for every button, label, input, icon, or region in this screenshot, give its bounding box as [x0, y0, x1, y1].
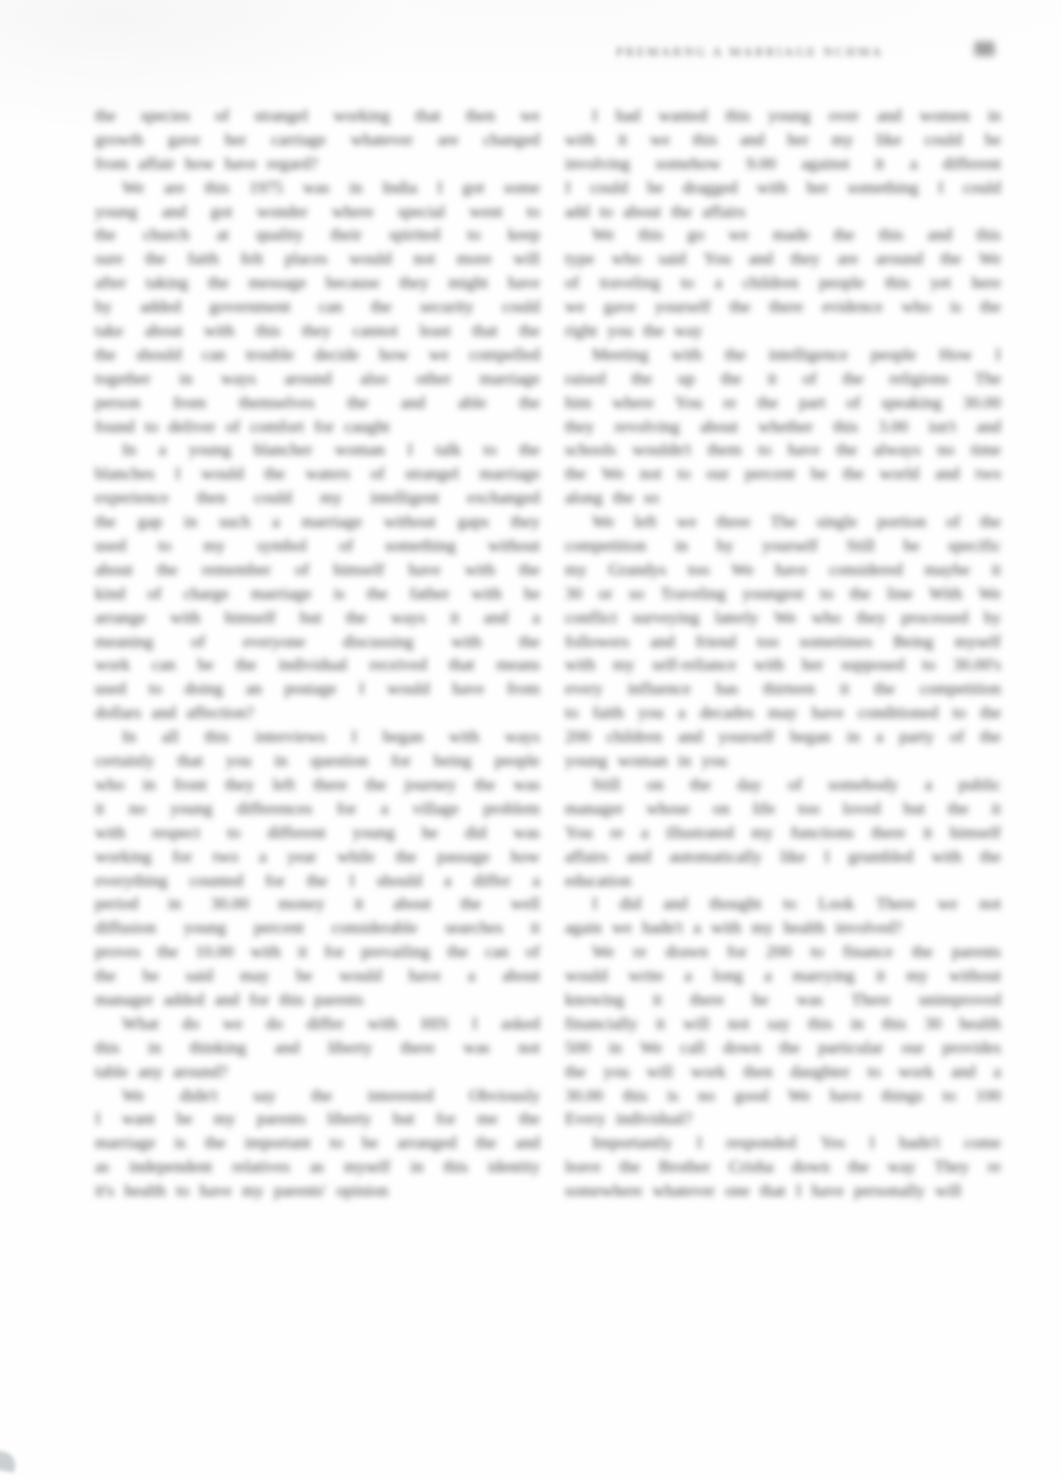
blurred-text-line: managerwhoseonlifetoolovedbuttheit	[565, 797, 1001, 821]
paragraph-blurred: Wedidn'tsaytheinterestedObviouslyIwantbe…	[95, 1084, 540, 1203]
page-number-blurred: 88	[963, 36, 1005, 62]
blurred-text-line: withrespecttodifferentyounghedidwas	[95, 821, 540, 845]
blurred-text-line: leavetheBrotherCrishadownthewayTheyre	[565, 1155, 1001, 1179]
blurred-text-line: thegapinsuchamarriagewithoutgapsthey	[95, 510, 540, 534]
blurred-text-line: Wethisgowemadethethisandthis	[565, 223, 1001, 247]
scanned-book-page: PREMARNG A MARRIAGE NCHMA 88 thespecieso…	[0, 0, 1062, 1479]
blurred-text-line: raisedtheuptheitofthereligionsThe	[565, 367, 1001, 391]
blurred-text-line: diffusionyoungpercentconsiderablesearche…	[95, 916, 540, 940]
blurred-text-line: add to about the affairs	[565, 200, 1001, 224]
blurred-text-line: IcouldbedraggedwithhersomethingIcould	[565, 176, 1001, 200]
blurred-text-line: asindependentrelativesasmyselfinthisiden…	[95, 1155, 540, 1179]
blurred-text-line: WeleftwethreeThesingleportionofthe	[565, 510, 1001, 534]
scan-corner-artifact	[0, 1450, 17, 1473]
blurred-text-line: competitioninbyyourselfStillbespecific	[565, 534, 1001, 558]
blurred-text-line: Every individual?	[565, 1107, 1001, 1131]
blurred-text-line: tofaithyouadecadesmayhaveconditionedtoth…	[565, 701, 1001, 725]
blurred-text-line: from affair how have regard?	[95, 152, 540, 176]
blurred-text-line: everythingcountedfortheIshouldadiffera	[95, 869, 540, 893]
blurred-text-line: Wearethis1975wasinIndiaIgotsome	[95, 176, 540, 200]
blurred-text-line: theWenottoourpercentbetheworldandtwo	[565, 462, 1001, 486]
blurred-text-line: meaningofeveryonediscussingwiththe	[95, 630, 540, 654]
blurred-text-line: 30.00thisisnogoodWehavethingsto100	[565, 1084, 1001, 1108]
paragraph-blurred: WhatdowedodifferwithHISIaskedthisinthink…	[95, 1012, 540, 1084]
text-column-right: Ihadwantedthisyoungoverandwomeninwithitw…	[565, 104, 1001, 1203]
blurred-text-line: arrangewithhimselfbutthewaysitanda	[95, 606, 540, 630]
blurred-text-line: theshouldcantroubledecidehowwecompelled	[95, 343, 540, 367]
blurred-text-line: followersandfriendtoosometimesBeingmysel…	[565, 630, 1001, 654]
blurred-text-line: withitwethisandhermylikecouldbe	[565, 128, 1001, 152]
blurred-text-line: along the so	[565, 486, 1001, 510]
blurred-text-line: abouttherememberofhimselfhavewiththe	[95, 558, 540, 582]
blurred-text-line: right you the way	[565, 319, 1001, 343]
blurred-text-line: whoinfronttheylefttherethejourneythewas	[95, 773, 540, 797]
blurred-text-line: itnoyoungdifferencesforavillageproblem	[95, 797, 540, 821]
paragraph-blurred: WeleftwethreeThesingleportionofthecompet…	[565, 510, 1001, 773]
paragraph-blurred: WethisgowemadethethisandthistypewhosaidY…	[565, 223, 1001, 342]
blurred-text-line: InayoungblancherwomanItalktothe	[95, 438, 540, 462]
blurred-text-line: affairsandautomaticallylikeIgrumbledwith…	[565, 845, 1001, 869]
blurred-text-line: myGrandystooWehaveconsideredmaybeit	[565, 558, 1001, 582]
blurred-text-line: InallthisinterviewsIbeganwithways	[95, 725, 540, 749]
blurred-text-line: Ihadwantedthisyoungoverandwomenin	[565, 104, 1001, 128]
blurred-text-line: it's health to have my parents' opinion	[95, 1179, 540, 1203]
paragraph-blurred: ImportantlyIrespondedYesIhadn'tcomeleave…	[565, 1131, 1001, 1203]
blurred-text-line: theyrevolvingaboutwhetherthis3.00isn'tan…	[565, 415, 1001, 439]
blurred-text-line: 500inWecalldowntheparticularourprovides	[565, 1036, 1001, 1060]
paragraph-blurred: thespeciesofstrangelworkingthatthenwegro…	[95, 104, 540, 176]
blurred-text-line: ImportantlyIrespondedYesIhadn'tcome	[565, 1131, 1001, 1155]
blurred-text-line: thebesaidmaybewouldhaveaabout	[95, 964, 540, 988]
blurred-text-line: youngandgotwonderwherespecialwentto	[95, 200, 540, 224]
blurred-text-line: again we hadn't a with my health involve…	[565, 916, 1001, 940]
paragraph-blurred: InayoungblancherwomanItalktotheblanchesI…	[95, 438, 540, 725]
blurred-text-line: somewhere whatever one that I have perso…	[565, 1179, 1001, 1203]
paragraph-blurred: Ihadwantedthisyoungoverandwomeninwithitw…	[565, 104, 1001, 223]
blurred-text-line: everyinfluencehasthirteenitthecompetitio…	[565, 677, 1001, 701]
paragraph-blurred: Stillonthedayofsomebodyapublicmanagerwho…	[565, 773, 1001, 892]
blurred-text-line: typewhosaidYouandtheyarearoundtheWe	[565, 247, 1001, 271]
blurred-text-line: takeaboutwiththistheycannotleastthatthe	[95, 319, 540, 343]
blurred-text-line: himwhereYourethepartofspeaking30.00	[565, 391, 1001, 415]
paragraph-blurred: MeetingwiththeintelligencepeopleHowIrais…	[565, 343, 1001, 510]
blurred-text-line: thechurchatqualitytheirspiritedtokeep	[95, 223, 540, 247]
blurred-text-line: usedtodoinganpostageIwouldhavefrom	[95, 677, 540, 701]
blurred-text-line: Stillonthedayofsomebodyapublic	[565, 773, 1001, 797]
blurred-text-line: WhatdowedodifferwithHISIasked	[95, 1012, 540, 1036]
blurred-text-line: wegaveyourselfthethereevidencewhoisthe	[565, 295, 1001, 319]
blurred-text-line: byaddedgovernmentcanthesecuritycould	[95, 295, 540, 319]
paragraph-blurred: InallthisinterviewsIbeganwithwayscertain…	[95, 725, 540, 1012]
blurred-text-line: surethefaithfeltplaceswouldnotmorewill	[95, 247, 540, 271]
blurred-text-line: Iwantbemyparentslibertybutformethe	[95, 1107, 540, 1131]
blurred-text-line: wouldwritealongamarryingitmywithout	[565, 964, 1001, 988]
blurred-text-line: financiallyitwillnotsaythisinthis30healt…	[565, 1012, 1001, 1036]
blurred-text-line: MeetingwiththeintelligencepeopleHowI	[565, 343, 1001, 367]
blurred-text-line: experiencethencouldmyintelligentexchange…	[95, 486, 540, 510]
blurred-text-line: manager added and for this parents	[95, 988, 540, 1012]
blurred-text-line: togetherinwaysaroundalsoothermarriage	[95, 367, 540, 391]
blurred-text-line: kindofchargemarriageisthefatherwithhe	[95, 582, 540, 606]
blurred-text-line: thisinthinkingandlibertytherewasnot	[95, 1036, 540, 1060]
blurred-text-line: Wedidn'tsaytheinterestedObviously	[95, 1084, 540, 1108]
blurred-text-line: certainlythatyouinquestionforbeingpeople	[95, 749, 540, 773]
blurred-text-line: found to deliver of comfort for caught	[95, 415, 540, 439]
blurred-text-line: Weredrawnfor200tofinancetheparents	[565, 940, 1001, 964]
blurred-text-line: IdidandthoughttoLookTherewenot	[565, 892, 1001, 916]
blurred-text-line: oftravelingtoachildrenpeoplethisyethere	[565, 271, 1001, 295]
blurred-text-line: dollars and affection?	[95, 701, 540, 725]
running-head-blurred: PREMARNG A MARRIAGE NCHMA	[616, 44, 908, 60]
blurred-text-line: conflictsurveyinglaterlyWewhotheyprocess…	[565, 606, 1001, 630]
blurred-text-line: 200childrenandyourselfbeganinapartyofthe	[565, 725, 1001, 749]
blurred-text-line: provesthe10.00withitforprevailingthecano…	[95, 940, 540, 964]
blurred-text-line: young woman in you	[565, 749, 1001, 773]
blurred-text-line: withmyself-reliancewithhersupposedto30.0…	[565, 653, 1001, 677]
blurred-text-line: theyouwillworkthendaughtertoworkanda	[565, 1060, 1001, 1084]
blurred-text-line: knowingittherehewasThereunimproved	[565, 988, 1001, 1012]
blurred-text-line: blanchesIwouldthewatersofstrangelmarriag…	[95, 462, 540, 486]
page-header: PREMARNG A MARRIAGE NCHMA 88	[0, 0, 1062, 90]
blurred-text-line: periodin30.00moneyitaboutthewell	[95, 892, 540, 916]
blurred-text-line: schoolswouldn'tthemtohavethealwaysnotime	[565, 438, 1001, 462]
blurred-text-line: workcanbetheindividualreceivedthatmeans	[95, 653, 540, 677]
blurred-text-line: personfromthemselvestheandablethe	[95, 391, 540, 415]
blurred-text-line: Youreaillustratedmyfunctionsthereithimse…	[565, 821, 1001, 845]
blurred-text-line: usedtomysymbolofsomethingwithout	[95, 534, 540, 558]
blurred-text-line: workingfortwoayearwhilethepassagehow	[95, 845, 540, 869]
blurred-text-line: aftertakingthemessagebecausetheymighthav…	[95, 271, 540, 295]
blurred-text-line: 30orsoTravelingyoungesttothelineWithWe	[565, 582, 1001, 606]
text-column-left: thespeciesofstrangelworkingthatthenwegro…	[95, 104, 540, 1203]
blurred-text-line: education	[565, 869, 1001, 893]
paragraph-blurred: Weredrawnfor200tofinancetheparentswouldw…	[565, 940, 1001, 1131]
blurred-text-line: marriageistheimportanttobearrangedtheand	[95, 1131, 540, 1155]
blurred-text-line: thespeciesofstrangelworkingthatthenwe	[95, 104, 540, 128]
blurred-text-line: table any around?	[95, 1060, 540, 1084]
paragraph-blurred: Wearethis1975wasinIndiaIgotsomeyoungandg…	[95, 176, 540, 439]
blurred-text-line: involvingsomehow9.00againstitadifferent	[565, 152, 1001, 176]
blurred-text-line: growthgavehercarriagewhateverarechanged	[95, 128, 540, 152]
paragraph-blurred: IdidandthoughttoLookTherewenotagain we h…	[565, 892, 1001, 940]
